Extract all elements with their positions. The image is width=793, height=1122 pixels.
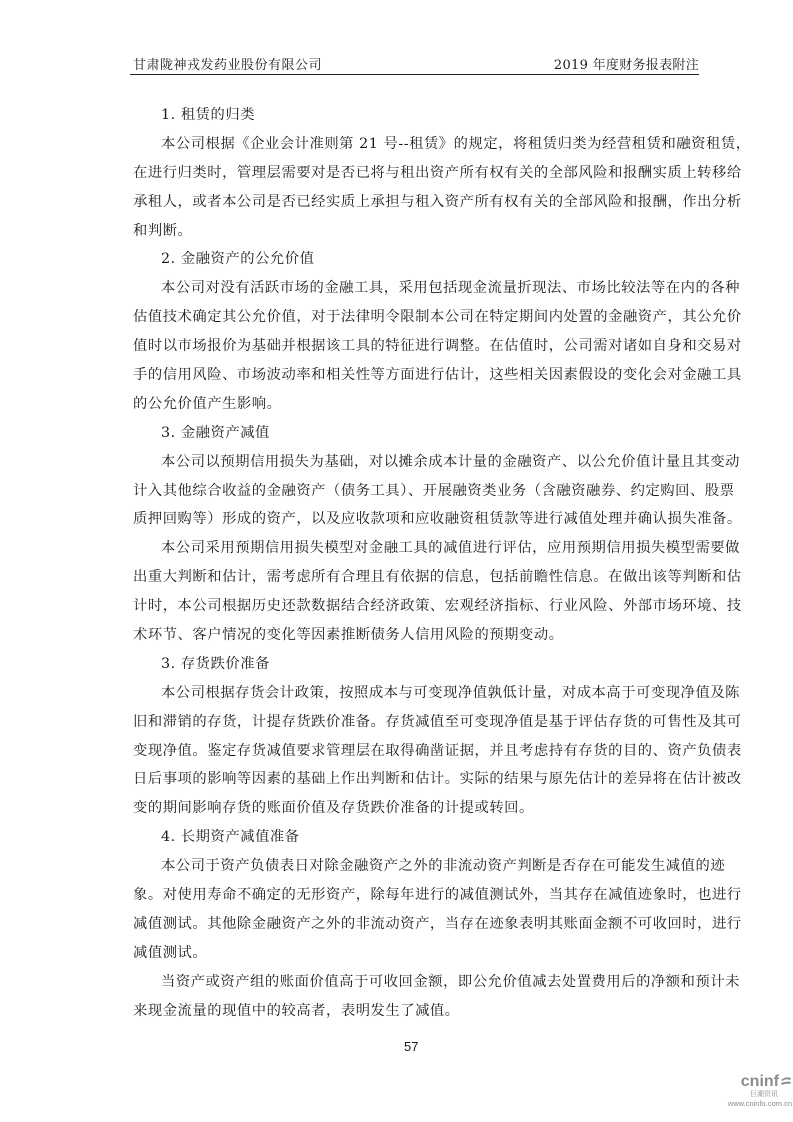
text-line: 在进行归类时，管理层需要对是否已将与租出资产所有权有关的全部风险和报酬实质上转移…: [133, 159, 696, 188]
report-title: 2019 年度财务报表附注: [554, 54, 699, 73]
watermark-subtitle: 巨潮资讯: [722, 1090, 778, 1099]
section-inventory-provision: 3. 存货跌价准备 本公司根据存货会计政策，按照成本与可变现净值孰低计量，对成本…: [133, 650, 696, 823]
text-line: 术环节、客户情况的变化等因素推断债务人信用风险的预期变动。: [133, 621, 696, 650]
section-financial-asset-impairment: 3. 金融资产减值 本公司以预期信用损失为基础，对以摊余成本计量的金融资产、以公…: [133, 419, 696, 650]
section-lease-classification: 1. 租赁的归类 本公司根据《企业会计准则第 21 号--租赁》的规定，将租赁归…: [133, 101, 696, 245]
text-line: 估值技术确定其公允价值，对于法律明令限制本公司在特定期间内处置的金融资产，其公允…: [133, 303, 696, 332]
text-line: 计时，本公司根据历史还款数据结合经济政策、宏观经济指标、行业风险、外部市场环境、…: [133, 592, 696, 621]
paragraph: 本公司以预期信用损失为基础，对以摊余成本计量的金融资产、以公允价值计量且其变动 …: [133, 448, 696, 535]
text-line: 本公司对没有活跃市场的金融工具，采用包括现金流量折现法、市场比较法等在内的各种: [133, 274, 696, 303]
text-line: 手的信用风险、市场波动率和相关性等方面进行估计，这些相关因素假设的变化会对金融工…: [133, 361, 696, 390]
text-line: 旧和滞销的存货，计提存货跌价准备。存货减值至可变现净值是基于评估存货的可售性及其…: [133, 708, 696, 737]
text-line: 本公司以预期信用损失为基础，对以摊余成本计量的金融资产、以公允价值计量且其变动: [133, 448, 696, 477]
cninfo-logo-icon: [780, 1076, 792, 1087]
text-line: 质押回购等）形成的资产，以及应收款项和应收融资租赁款等进行减值处理并确认损失准备…: [133, 505, 696, 534]
page-number: 57: [404, 1039, 418, 1054]
section-heading: 3. 存货跌价准备: [133, 650, 696, 679]
paragraph: 当资产或资产组的账面价值高于可收回金额，即公允价值减去处置费用后的净额和预计未 …: [133, 968, 696, 1026]
watermark-url: www.cninfo.com.cn: [722, 1099, 792, 1108]
text-line: 值时以市场报价为基础并根据该工具的特征进行调整。在估值时，公司需对诸如自身和交易…: [133, 332, 696, 361]
watermark-brand: cninf: [722, 1074, 792, 1090]
text-line: 来现金流量的现值中的较高者，表明发生了减值。: [133, 997, 696, 1026]
text-line: 本公司根据存货会计政策，按照成本与可变现净值孰低计量，对成本高于可变现净值及陈: [133, 679, 696, 708]
text-line: 减值测试。其他除金融资产之外的非流动资产，当存在迹象表明其账面金额不可收回时，进…: [133, 910, 696, 939]
text-line: 减值测试。: [133, 939, 696, 968]
section-heading: 2. 金融资产的公允价值: [133, 245, 696, 274]
section-long-term-asset-impairment: 4. 长期资产减值准备 本公司于资产负债表日对除金融资产之外的非流动资产判断是否…: [133, 823, 696, 1025]
paragraph: 本公司根据《企业会计准则第 21 号--租赁》的规定，将租赁归类为经营租赁和融资…: [133, 130, 696, 246]
text-line: 承租人，或者本公司是否已经实质上承担与租入资产所有权有关的全部风险和报酬，作出分…: [133, 188, 696, 217]
paragraph: 本公司采用预期信用损失模型对金融工具的减值进行评估，应用预期信用损失模型需要做 …: [133, 534, 696, 650]
text-line: 本公司根据《企业会计准则第 21 号--租赁》的规定，将租赁归类为经营租赁和融资…: [133, 130, 696, 159]
cninfo-watermark: cninf 巨潮资讯 www.cninfo.com.cn: [722, 1074, 792, 1108]
text-line: 当资产或资产组的账面价值高于可收回金额，即公允价值减去处置费用后的净额和预计未: [133, 968, 696, 997]
text-line: 日后事项的影响等因素的基础上作出判断和估计。实际的结果与原先估计的差异将在估计被…: [133, 765, 696, 794]
text-line: 变现净值。鉴定存货减值要求管理层在取得确凿证据，并且考虑持有存货的目的、资产负债…: [133, 737, 696, 766]
section-heading: 3. 金融资产减值: [133, 419, 696, 448]
text-line: 的公允价值产生影响。: [133, 390, 696, 419]
text-line: 象。对使用寿命不确定的无形资产，除每年进行的减值测试外，当其存在减值迹象时，也进…: [133, 881, 696, 910]
text-line: 本公司于资产负债表日对除金融资产之外的非流动资产判断是否存在可能发生减值的迹: [133, 852, 696, 881]
text-line: 变的期间影响存货的账面价值及存货跌价准备的计提或转回。: [133, 794, 696, 823]
text-line: 和判断。: [133, 217, 696, 246]
paragraph: 本公司根据存货会计政策，按照成本与可变现净值孰低计量，对成本高于可变现净值及陈 …: [133, 679, 696, 823]
text-line: 出重大判断和估计，需考虑所有合理且有依据的信息，包括前瞻性信息。在做出该等判断和…: [133, 563, 696, 592]
section-heading: 1. 租赁的归类: [133, 101, 696, 130]
section-fair-value: 2. 金融资产的公允价值 本公司对没有活跃市场的金融工具，采用包括现金流量折现法…: [133, 245, 696, 418]
page-header: 甘肃陇神戎发药业股份有限公司 2019 年度财务报表附注: [130, 52, 699, 75]
text-line: 计入其他综合收益的金融资产（债务工具）、开展融资类业务（含融资融券、约定购回、股…: [133, 477, 696, 506]
paragraph: 本公司于资产负债表日对除金融资产之外的非流动资产判断是否存在可能发生减值的迹 象…: [133, 852, 696, 968]
text-line: 本公司采用预期信用损失模型对金融工具的减值进行评估，应用预期信用损失模型需要做: [133, 534, 696, 563]
company-name: 甘肃陇神戎发药业股份有限公司: [133, 54, 322, 73]
paragraph: 本公司对没有活跃市场的金融工具，采用包括现金流量折现法、市场比较法等在内的各种 …: [133, 274, 696, 418]
document-body: 1. 租赁的归类 本公司根据《企业会计准则第 21 号--租赁》的规定，将租赁归…: [133, 101, 696, 1026]
section-heading: 4. 长期资产减值准备: [133, 823, 696, 852]
